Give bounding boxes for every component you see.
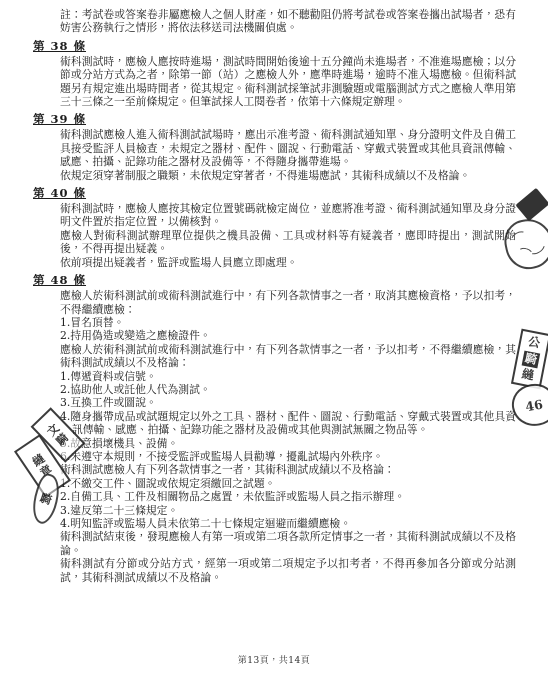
list-item: 3.互換工件或圖說。 xyxy=(60,396,516,409)
article-48-paragraph: 術科測試應檢人有下列各款情事之一者，其術科測試成績以不及格論： xyxy=(60,463,516,476)
list-item: 2.自備工具、工件及相關物品之處置，未依監評或監場人員之指示辦理。 xyxy=(60,490,516,503)
article-48-paragraph: 術科測試有分節或分站方式，經第一項或第二項規定予以扣考者，不得再參加各分節或分站… xyxy=(60,557,516,584)
scanned-document-page: 註：考試卷或答案卷非屬應檢人之個人財產，如不聽勸阻仍將考試卷或答案卷攜出試場者，… xyxy=(0,0,548,688)
article-40-paragraph: 術科測試時，應檢人應按其檢定位置號碼就檢定崗位，並應將准考證、術科測試通知單及身… xyxy=(60,202,516,229)
list-item: 5.故意損壞機具、設備。 xyxy=(60,437,516,450)
article-38-heading: 第 38 條 xyxy=(33,39,516,53)
list-item: 1.傳遞資料或信號。 xyxy=(60,370,516,383)
list-item: 3.違反第二十三條規定。 xyxy=(60,504,516,517)
list-item: 6.未遵守本規則，不接受監評或監場人員勸導，擾亂試場內外秩序。 xyxy=(60,450,516,463)
article-38: 第 38 條 術科測試時，應檢人應按時進場，測試時間開始後逾十五分鐘尚未進場者，… xyxy=(60,39,516,109)
article-40-paragraph: 應檢人對術科測試辦理單位提供之機具設備、工具或材料等有疑義者，應即時提出，測試開… xyxy=(60,229,516,256)
article-38-paragraph: 術科測試時，應檢人應按時進場，測試時間開始後逾十五分鐘尚未進場者，不准進場應檢；… xyxy=(60,55,516,109)
seal-char: 縫 xyxy=(30,452,47,469)
list-item: 1.冒名頂替。 xyxy=(60,316,516,329)
article-40: 第 40 條 術科測試時，應檢人應按其檢定位置號碼就檢定崗位，並應將准考證、術科… xyxy=(60,186,516,269)
article-48-paragraph: 術科測試結束後，發現應檢人有第一項或第二項各款所定情事之一者，其術科測試成績以不… xyxy=(60,530,516,557)
seal-char: 章 xyxy=(38,463,55,480)
document-body: 註：考試卷或答案卷非屬應檢人之個人財產，如不聽勸阻仍將考試卷或答案卷攜出試場者，… xyxy=(60,8,516,584)
article-40-heading: 第 40 條 xyxy=(33,186,516,200)
paging-seal-char: 騎 xyxy=(522,350,541,368)
article-48-heading: 第 48 條 xyxy=(33,273,516,287)
article-40-paragraph: 依前項提出疑義者，監評或監場人員應立即處理。 xyxy=(60,256,516,269)
article-39-heading: 第 39 條 xyxy=(33,112,516,126)
article-39-paragraph: 術科測試應檢人進入術科測試試場時，應出示准考證、術科測試通知單、身分證明文件及自… xyxy=(60,128,516,168)
list-item: 4.明知監評或監場人員未依第二十七條規定迴避而繼續應檢。 xyxy=(60,517,516,530)
list-item: 2.協助他人或託他人代為測試。 xyxy=(60,383,516,396)
list-item: 2.持用偽造或變造之應檢證件。 xyxy=(60,329,516,342)
article-48: 第 48 條 應檢人於術科測試前或術科測試進行中，有下列各款情事之一者，取消其應… xyxy=(60,273,516,584)
black-ink-seal-icon xyxy=(515,188,548,221)
paging-seal-icon: 公 騎 縫 xyxy=(511,329,548,390)
list-item: 1.不繳交工件、圖說或依規定須繳回之試題。 xyxy=(60,477,516,490)
paging-seal-char: 縫 xyxy=(521,367,536,384)
seal-char: 騎 xyxy=(39,491,54,507)
article-48-paragraph: 應檢人於術科測試前或術科測試進行中，有下列各款情事之一者，予以扣考，不得繼續應檢… xyxy=(60,343,516,370)
paging-seal-char: 公 xyxy=(527,334,542,351)
list-item: 4.隨身攜帶成品或試題規定以外之工具、器材、配件、圖說、行動電話、穿戴式裝置或其… xyxy=(60,410,516,437)
article-39: 第 39 條 術科測試應檢人進入術科測試試場時，應出示准考證、術科測試通知單、身… xyxy=(60,112,516,182)
article-48-paragraph: 應檢人於術科測試前或術科測試進行中，有下列各款情事之一者，取消其應檢資格，予以扣… xyxy=(60,289,516,316)
page-footer: 第13頁，共14頁 xyxy=(0,653,548,666)
note-paragraph: 註：考試卷或答案卷非屬應檢人之個人財產，如不聽勸阻仍將考試卷或答案卷攜出試場者，… xyxy=(60,8,516,35)
article-39-paragraph: 依規定須穿著制服之職類，未依規定穿著者，不得進場應試，其術科成績以不及格論。 xyxy=(60,169,516,182)
